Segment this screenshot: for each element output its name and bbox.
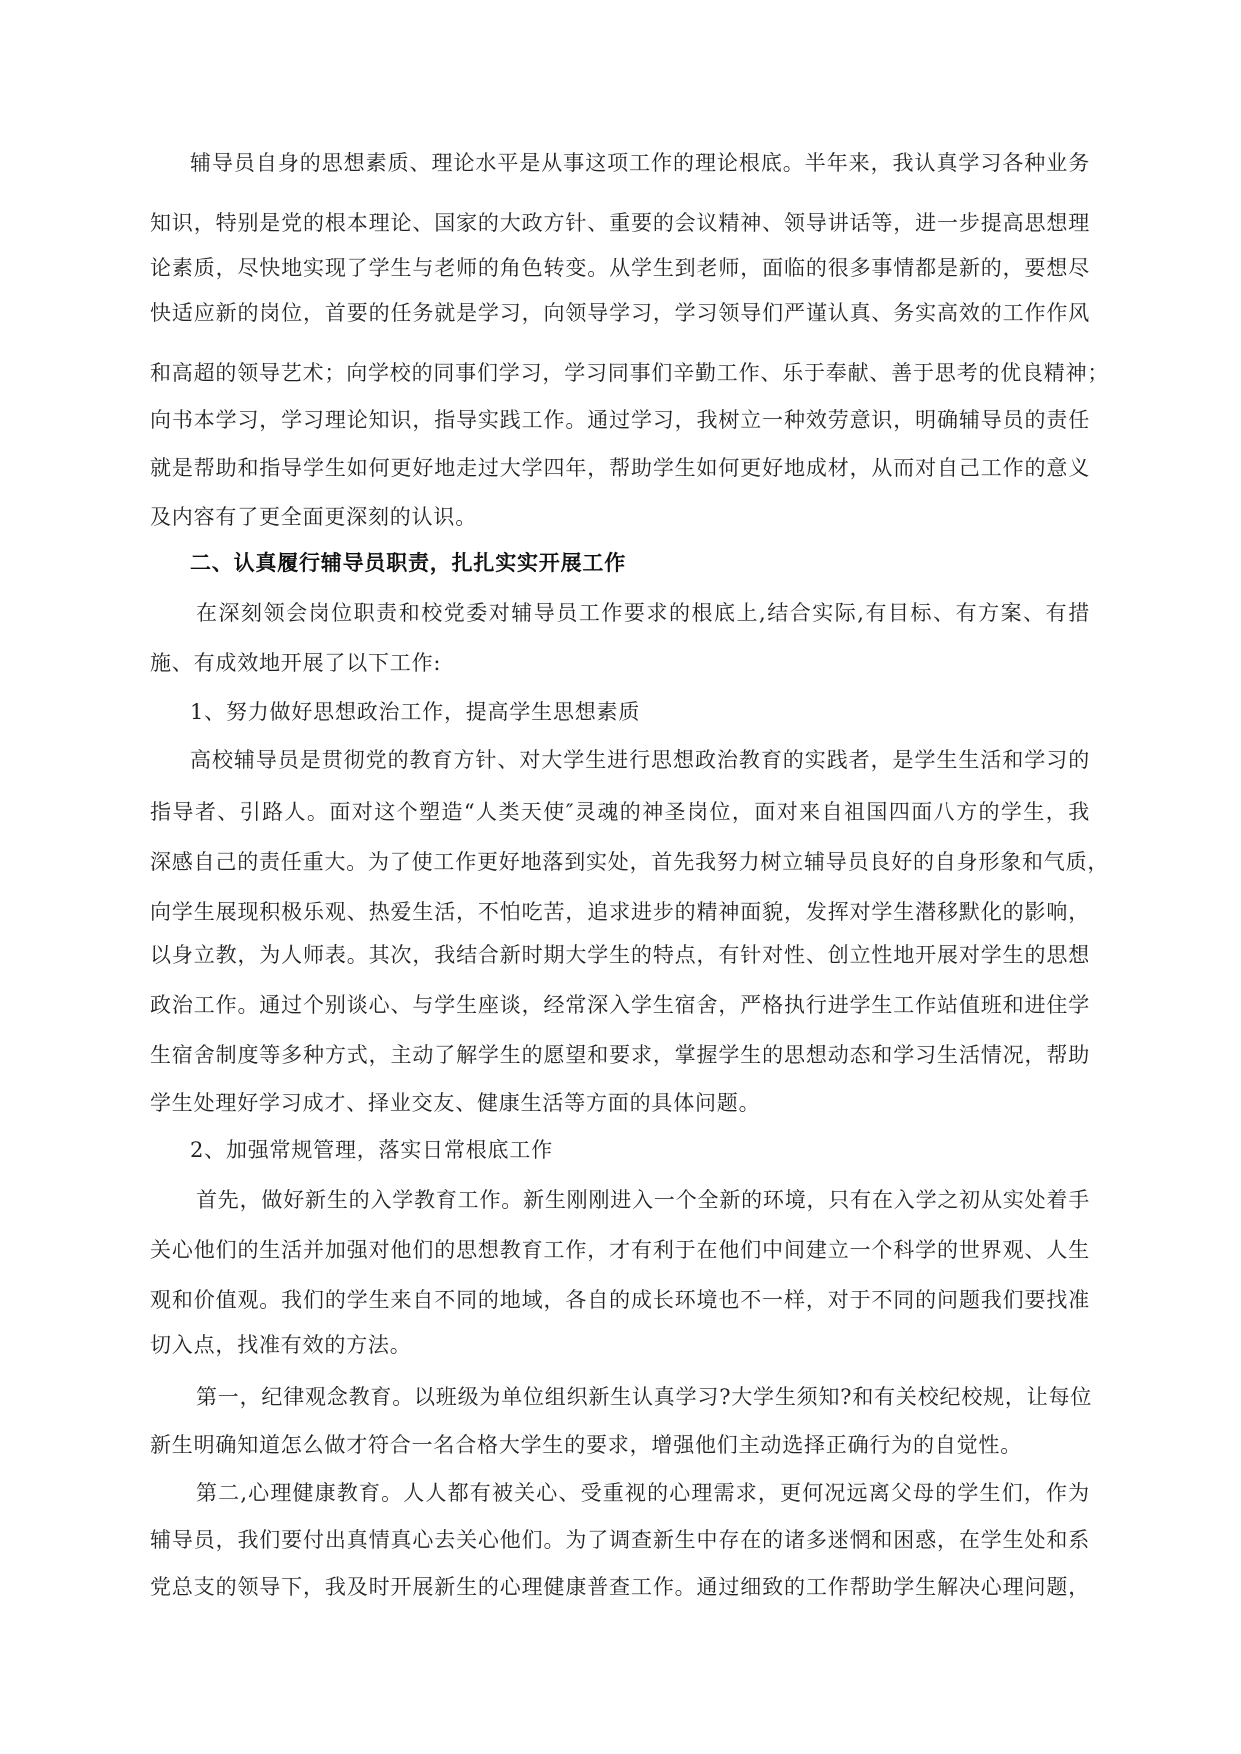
text-line: 观和价值观。我们的学生来自不同的地域，各自的成长环境也不一样，对于不同的问题我们… <box>150 1285 1090 1315</box>
text-line: 及内容有了更全面更深刻的认识。 <box>150 502 1090 532</box>
text-line: 关心他们的生活并加强对他们的思想教育工作，才有利于在他们中间建立一个科学的世界观… <box>150 1235 1090 1265</box>
text-line: 辅导员自身的思想素质、理论水平是从事这项工作的理论根底。半年来，我认真学习各种业… <box>190 148 1090 178</box>
text-line: 第一，纪律观念教育。以班级为单位组织新生认真学习?大学生须知?和有关校纪校规，让… <box>196 1382 1090 1412</box>
text-line: 以身立教，为人师表。其次，我结合新时期大学生的特点，有针对性、创立性地开展对学生… <box>150 940 1090 970</box>
text-line: 首先，做好新生的入学教育工作。新生刚刚进入一个全新的环境，只有在入学之初从实处着… <box>196 1185 1090 1215</box>
text-line: 指导者、引路人。面对这个塑造“人类天使″灵魂的神圣岗位，面对来自祖国四面八方的学… <box>150 797 1090 827</box>
document-page: 辅导员自身的思想素质、理论水平是从事这项工作的理论根底。半年来，我认真学习各种业… <box>0 0 1241 1754</box>
text-line: 论素质，尽快地实现了学生与老师的角色转变。从学生到老师，面临的很多事情都是新的，… <box>150 253 1090 283</box>
text-line: 向书本学习，学习理论知识，指导实践工作。通过学习，我树立一种效劳意识，明确辅导员… <box>150 405 1090 435</box>
text-line: 切入点，找准有效的方法。 <box>150 1330 1090 1360</box>
text-line: 生宿舍制度等多种方式，主动了解学生的愿望和要求，掌握学生的思想动态和学习生活情况… <box>150 1040 1090 1070</box>
subsection-heading-2: 2、加强常规管理，落实日常根底工作 <box>190 1135 1090 1165</box>
text-line: 深感自己的责任重大。为了使工作更好地落到实处，首先我努力树立辅导员良好的自身形象… <box>150 847 1090 877</box>
text-line: 施、有成效地开展了以下工作: <box>150 648 1090 678</box>
text-line: 第二,心理健康教育。人人都有被关心、受重视的心理需求，更何况远离父母的学生们，作… <box>196 1478 1090 1508</box>
text-line: 和高超的领导艺术；向学校的同事们学习，学习同事们辛勤工作、乐于奉献、善于思考的优… <box>150 358 1090 388</box>
text-line: 在深刻领会岗位职责和校党委对辅导员工作要求的根底上,结合实际,有目标、有方案、有… <box>196 598 1090 628</box>
text-line: 高校辅导员是贯彻党的教育方针、对大学生进行思想政治教育的实践者，是学生生活和学习… <box>190 745 1090 775</box>
text-line: 向学生展现积极乐观、热爱生活，不怕吃苦，追求进步的精神面貌，发挥对学生潜移默化的… <box>150 897 1090 927</box>
section-heading: 二、认真履行辅导员职责，扎扎实实开展工作 <box>190 548 1090 578</box>
text-line: 辅导员，我们要付出真情真心去关心他们。为了调查新生中存在的诸多迷惘和困惑，在学生… <box>150 1525 1090 1555</box>
text-line: 学生处理好学习成才、择业交友、健康生活等方面的具体问题。 <box>150 1088 1090 1118</box>
text-line: 知识，特别是党的根本理论、国家的大政方针、重要的会议精神、领导讲话等，进一步提高… <box>150 208 1090 238</box>
text-line: 新生明确知道怎么做才符合一名合格大学生的要求，增强他们主动选择正确行为的自觉性。 <box>150 1430 1090 1460</box>
text-line: 快适应新的岗位，首要的任务就是学习，向领导学习，学习领导们严谨认真、务实高效的工… <box>150 298 1090 328</box>
text-line: 政治工作。通过个别谈心、与学生座谈，经常深入学生宿舍，严格执行进学生工作站值班和… <box>150 990 1090 1020</box>
subsection-heading-1: 1、努力做好思想政治工作，提高学生思想素质 <box>190 697 1090 727</box>
text-line: 就是帮助和指导学生如何更好地走过大学四年，帮助学生如何更好地成材，从而对自己工作… <box>150 453 1090 483</box>
text-line: 党总支的领导下，我及时开展新生的心理健康普查工作。通过细致的工作帮助学生解决心理… <box>150 1572 1090 1602</box>
